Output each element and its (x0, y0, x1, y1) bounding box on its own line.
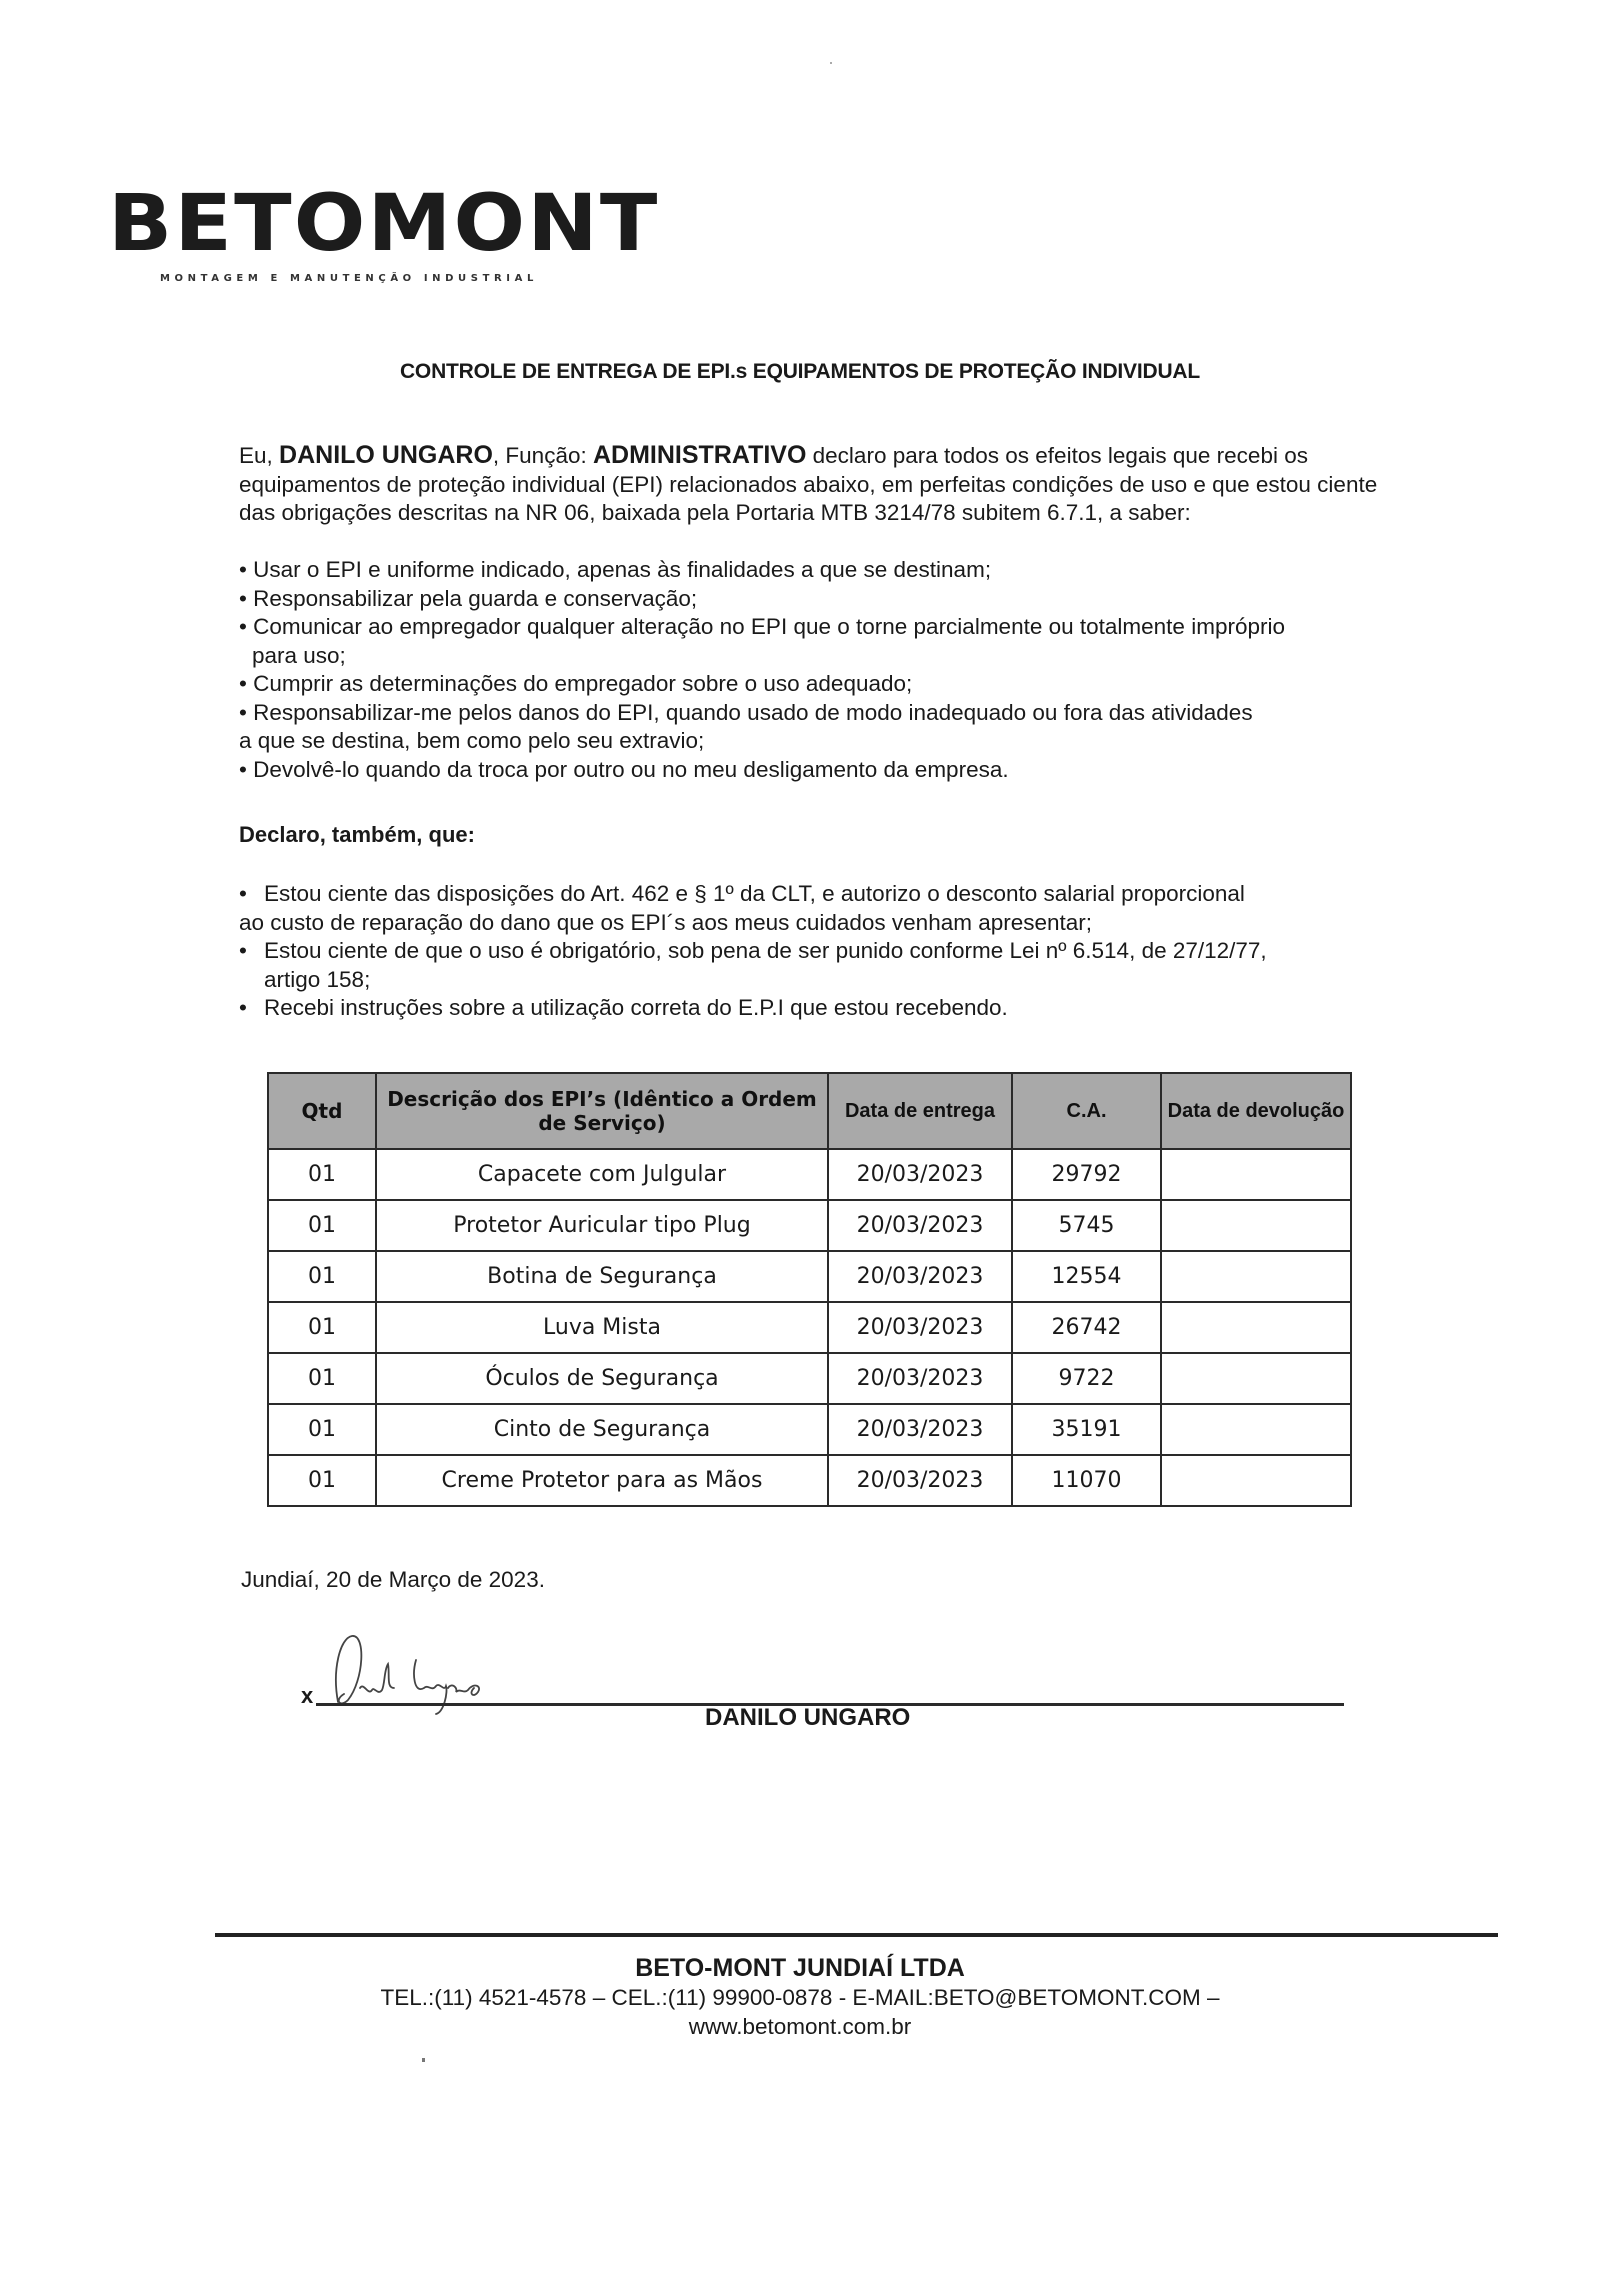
intro-prefix: Eu, (239, 443, 279, 468)
cell-qtd: 01 (268, 1455, 376, 1506)
cell-delivery-date: 20/03/2023 (828, 1302, 1012, 1353)
cell-return-date (1161, 1149, 1351, 1200)
footer-contact: TEL.:(11) 4521-4578 – CEL.:(11) 99900-08… (0, 1985, 1600, 2011)
header-ca: C.A. (1012, 1073, 1161, 1149)
function-label: , Função: (493, 443, 593, 468)
footer-website: www.betomont.com.br (0, 2014, 1600, 2040)
cell-return-date (1161, 1353, 1351, 1404)
document-title: CONTROLE DE ENTREGA DE EPI.s EQUIPAMENTO… (0, 360, 1600, 384)
cell-delivery-date: 20/03/2023 (828, 1200, 1012, 1251)
cell-description: Óculos de Segurança (376, 1353, 828, 1404)
footer-company: BETO-MONT JUNDIAÍ LTDA (0, 1954, 1600, 1983)
cell-ca: 9722 (1012, 1353, 1161, 1404)
cell-return-date (1161, 1251, 1351, 1302)
obligation-item: • Responsabilizar pela guarda e conserva… (239, 585, 1409, 614)
cell-ca: 5745 (1012, 1200, 1161, 1251)
cell-return-date (1161, 1455, 1351, 1506)
handwritten-signature (330, 1630, 570, 1730)
obligation-item: • Responsabilizar-me pelos danos do EPI,… (239, 699, 1409, 728)
declaro-item-text: Estou ciente de que o uso é obrigatório,… (264, 938, 1267, 963)
declaro-item: •Estou ciente de que o uso é obrigatório… (239, 937, 1409, 966)
cell-ca: 26742 (1012, 1302, 1161, 1353)
cell-return-date (1161, 1404, 1351, 1455)
place-date: Jundiaí, 20 de Março de 2023. (241, 1567, 545, 1593)
obligation-item: • Devolvê-lo quando da troca por outro o… (239, 756, 1409, 785)
obligation-item-continued: a que se destina, bem como pelo seu extr… (239, 727, 1409, 756)
table-row: 01Luva Mista20/03/202326742 (268, 1302, 1351, 1353)
table-row: 01Capacete com Julgular20/03/202329792 (268, 1149, 1351, 1200)
declaro-item: •Estou ciente das disposições do Art. 46… (239, 880, 1409, 909)
header-description: Descrição dos EPI’s (Idêntico a Ordem de… (376, 1073, 828, 1149)
cell-description: Cinto de Segurança (376, 1404, 828, 1455)
cell-delivery-date: 20/03/2023 (828, 1455, 1012, 1506)
table-header-row: Qtd Descrição dos EPI’s (Idêntico a Orde… (268, 1073, 1351, 1149)
bullet-icon: • (239, 937, 264, 966)
company-logo: BETOMONT MONTAGEM E MANUTENÇÃO INDUSTRIA… (108, 185, 619, 284)
cell-description: Botina de Segurança (376, 1251, 828, 1302)
header-qtd: Qtd (268, 1073, 376, 1149)
table-row: 01Cinto de Segurança20/03/202335191 (268, 1404, 1351, 1455)
cell-ca: 29792 (1012, 1149, 1161, 1200)
cell-return-date (1161, 1200, 1351, 1251)
cell-qtd: 01 (268, 1302, 376, 1353)
cell-qtd: 01 (268, 1353, 376, 1404)
employee-name: DANILO UNGARO (279, 441, 493, 469)
header-return-date: Data de devolução (1161, 1073, 1351, 1149)
declaro-item: •Recebi instruções sobre a utilização co… (239, 994, 1409, 1023)
cell-qtd: 01 (268, 1251, 376, 1302)
cell-qtd: 01 (268, 1200, 376, 1251)
signer-name: DANILO UNGARO (705, 1704, 910, 1732)
bullet-icon: • (239, 994, 264, 1023)
logo-wordmark: BETOMONT (108, 185, 660, 263)
cell-delivery-date: 20/03/2023 (828, 1353, 1012, 1404)
table-row: 01Óculos de Segurança20/03/20239722 (268, 1353, 1351, 1404)
declaration-intro: Eu, DANILO UNGARO, Função: ADMINISTRATIV… (239, 441, 1409, 528)
cell-return-date (1161, 1302, 1351, 1353)
epi-table: Qtd Descrição dos EPI’s (Idêntico a Orde… (267, 1072, 1352, 1507)
cell-description: Creme Protetor para as Mãos (376, 1455, 828, 1506)
cell-qtd: 01 (268, 1149, 376, 1200)
declaro-item-continued: ao custo de reparação do dano que os EPI… (239, 909, 1409, 938)
cell-ca: 12554 (1012, 1251, 1161, 1302)
obligation-item: • Comunicar ao empregador qualquer alter… (239, 613, 1409, 642)
declaro-heading: Declaro, também, que: (239, 822, 475, 848)
obligation-item-continued: para uso; (239, 642, 1409, 671)
cell-qtd: 01 (268, 1404, 376, 1455)
scan-speck (422, 2058, 425, 2062)
cell-description: Capacete com Julgular (376, 1149, 828, 1200)
scan-speck (830, 62, 832, 64)
declaro-item-continued: artigo 158; (239, 966, 1409, 995)
header-delivery-date: Data de entrega (828, 1073, 1012, 1149)
cell-description: Protetor Auricular tipo Plug (376, 1200, 828, 1251)
table-row: 01Protetor Auricular tipo Plug20/03/2023… (268, 1200, 1351, 1251)
signature-mark: x (301, 1683, 313, 1709)
table-row: 01Creme Protetor para as Mãos20/03/20231… (268, 1455, 1351, 1506)
declaro-list: •Estou ciente das disposições do Art. 46… (239, 880, 1409, 1023)
cell-delivery-date: 20/03/2023 (828, 1404, 1012, 1455)
declaro-item-text: Recebi instruções sobre a utilização cor… (264, 995, 1008, 1020)
cell-ca: 35191 (1012, 1404, 1161, 1455)
obligations-list: • Usar o EPI e uniforme indicado, apenas… (239, 556, 1409, 784)
obligation-item: • Usar o EPI e uniforme indicado, apenas… (239, 556, 1409, 585)
employee-function: ADMINISTRATIVO (593, 441, 806, 469)
logo-tagline: MONTAGEM E MANUTENÇÃO INDUSTRIAL (160, 273, 619, 284)
cell-description: Luva Mista (376, 1302, 828, 1353)
bullet-icon: • (239, 880, 264, 909)
cell-ca: 11070 (1012, 1455, 1161, 1506)
declaro-item-text: Estou ciente das disposições do Art. 462… (264, 881, 1245, 906)
footer-divider (215, 1933, 1498, 1937)
cell-delivery-date: 20/03/2023 (828, 1149, 1012, 1200)
cell-delivery-date: 20/03/2023 (828, 1251, 1012, 1302)
obligation-item: • Cumprir as determinações do empregador… (239, 670, 1409, 699)
table-row: 01Botina de Segurança20/03/202312554 (268, 1251, 1351, 1302)
